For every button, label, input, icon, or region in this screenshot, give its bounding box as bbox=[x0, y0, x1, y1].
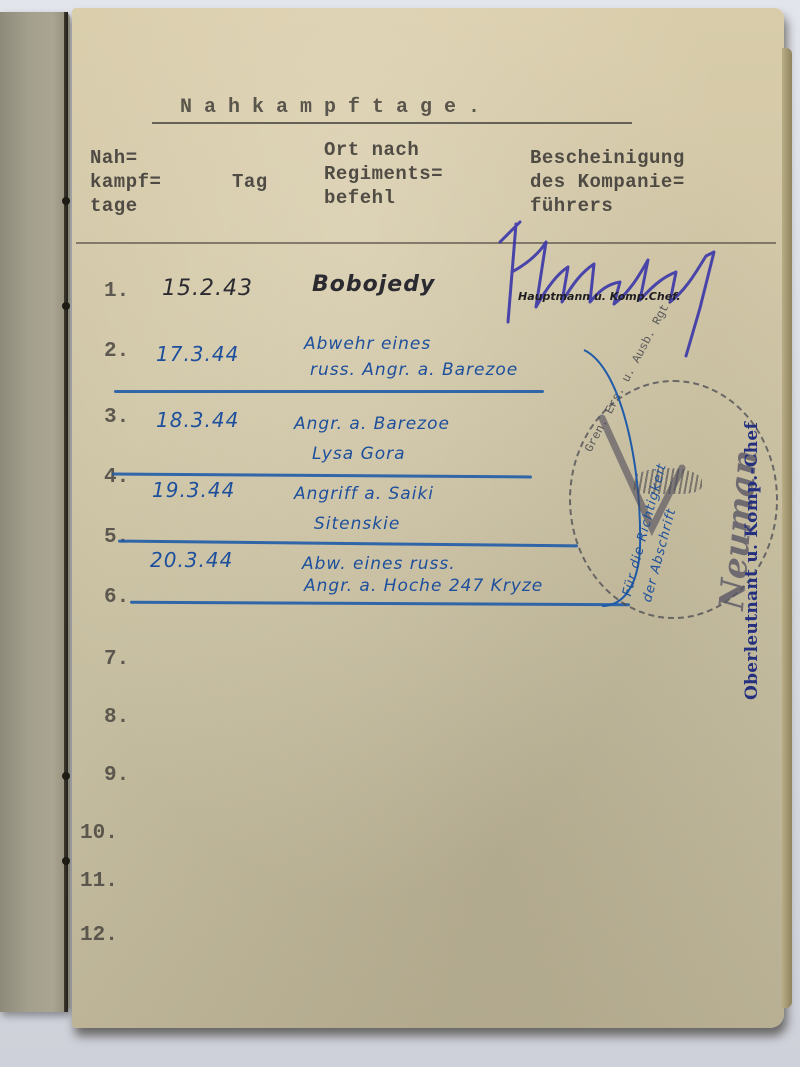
title-underline bbox=[152, 122, 632, 124]
entry-date: 17.3.44 bbox=[156, 342, 239, 366]
header-col-4-line-2: des Kompanie= bbox=[530, 170, 685, 194]
entry-date: 15.2.43 bbox=[162, 276, 253, 301]
entry-place-line-1: Abw. eines russ. bbox=[302, 554, 456, 574]
row-number: 10. bbox=[80, 822, 118, 845]
entry-place: Bobojedy bbox=[312, 272, 435, 297]
signature-hauptmann bbox=[490, 212, 760, 362]
entry-date: 18.3.44 bbox=[156, 408, 239, 432]
header-col-2: Tag bbox=[232, 170, 268, 194]
row-number: 12. bbox=[80, 924, 118, 947]
header-col-1-line-1: Nah= bbox=[90, 146, 138, 170]
facing-page bbox=[0, 12, 70, 1012]
row-number: 8. bbox=[104, 706, 129, 729]
header-col-1-line-2: kampf= bbox=[90, 170, 161, 194]
row-number: 4. bbox=[104, 466, 129, 489]
row-number: 6. bbox=[104, 586, 129, 609]
row-number: 3. bbox=[104, 406, 129, 429]
row-number: 11. bbox=[80, 870, 118, 893]
header-col-3-line-1: Ort nach bbox=[324, 138, 419, 162]
signature-title: Hauptmann u. Komp.Chef. bbox=[518, 290, 681, 303]
binding-staple bbox=[62, 197, 70, 205]
entry-place-line-2: Sitenskie bbox=[314, 514, 400, 534]
row-number: 9. bbox=[104, 764, 129, 787]
entry-date: 19.3.44 bbox=[152, 478, 235, 502]
header-col-3-line-3: befehl bbox=[324, 186, 395, 210]
binding-staple bbox=[62, 772, 70, 780]
entry-place-line-1: Abwehr eines bbox=[304, 334, 431, 354]
row-divider bbox=[114, 390, 544, 393]
page-edge bbox=[782, 48, 792, 1008]
row-number: 1. bbox=[104, 280, 129, 303]
entry-place-line-2: russ. Angr. a. Barezoe bbox=[310, 360, 518, 380]
row-divider bbox=[118, 540, 578, 548]
rank-stamp: Oberleutnant u. Komp.-Chef bbox=[742, 422, 762, 700]
header-col-1-line-3: tage bbox=[90, 194, 138, 218]
row-number: 7. bbox=[104, 648, 129, 671]
entry-date: 20.3.44 bbox=[150, 548, 233, 572]
row-number: 2. bbox=[104, 340, 129, 363]
entry-place-line-1: Angriff a. Saiki bbox=[294, 484, 434, 504]
header-col-3-line-2: Regiments= bbox=[324, 162, 443, 186]
page-title: Nahkampftage. bbox=[180, 96, 492, 119]
header-col-4-line-1: Bescheinigung bbox=[530, 146, 685, 170]
row-number: 5. bbox=[104, 526, 129, 549]
entry-place-line-1: Angr. a. Barezoe bbox=[294, 414, 450, 434]
entry-place-line-2: Lysa Gora bbox=[312, 444, 406, 464]
binding-staple bbox=[62, 302, 70, 310]
entry-place-line-2: Angr. a. Hoche 247 Kryze bbox=[304, 576, 543, 596]
document-page: Nahkampftage. Nah= kampf= tage Tag Ort n… bbox=[72, 8, 784, 1028]
row-divider bbox=[130, 601, 630, 607]
binding-staple bbox=[62, 857, 70, 865]
